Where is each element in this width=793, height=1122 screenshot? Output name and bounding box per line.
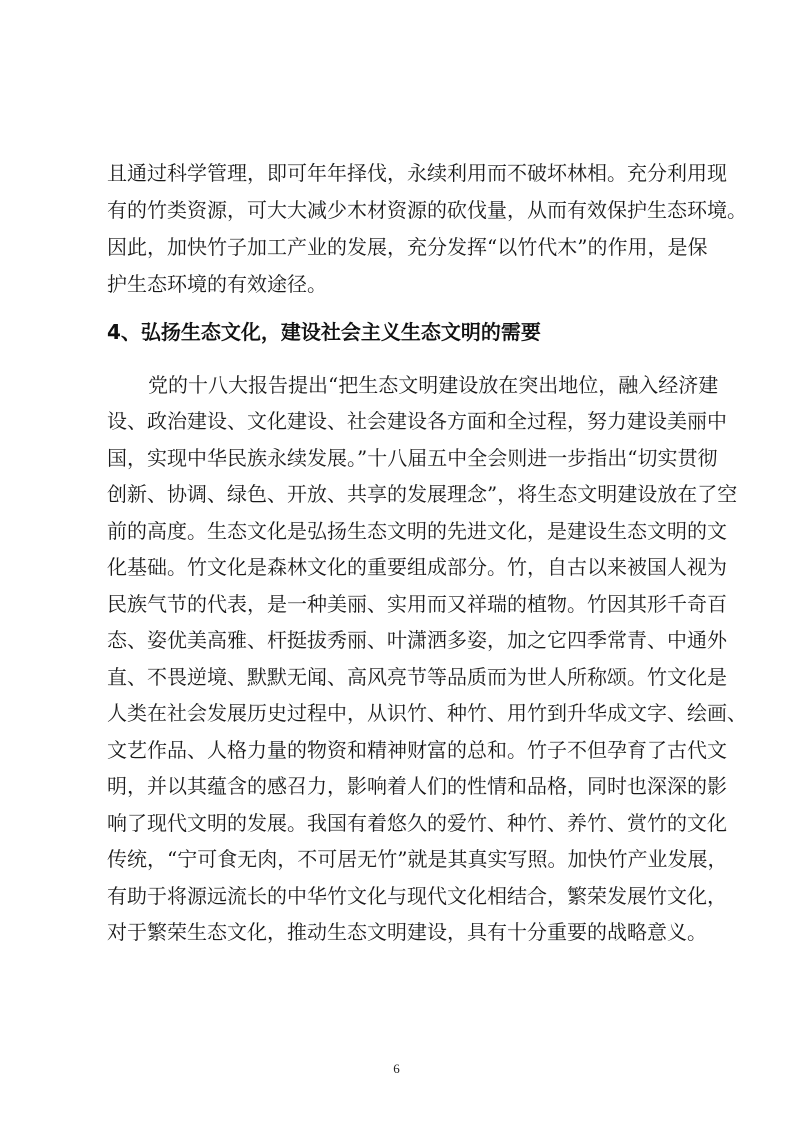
text-line: 对于繁荣生态文化，推动生态文明建设，具有十分重要的战略意义。 xyxy=(107,920,693,944)
text-line: 态、姿优美高雅、杆挺拔秀丽、叶潇洒多姿，加之它四季常青、中通外 xyxy=(107,628,693,652)
text-line: 国，实现中华民族永续发展。”十八届五中全会则进一步指出“切实贯彻 xyxy=(107,446,693,470)
text-line: 直、不畏逆境、默默无闻、高风亮节等品质而为世人所称颂。竹文化是 xyxy=(107,665,693,689)
text-line: 文艺作品、人格力量的物资和精神财富的总和。竹子不但孕育了古代文 xyxy=(107,738,693,762)
text-line: 传统，“宁可食无肉，不可居无竹”就是其真实写照。加快竹产业发展， xyxy=(107,847,693,871)
text-line: 有助于将源远流长的中华竹文化与现代文化相结合，繁荣发展竹文化， xyxy=(107,884,693,908)
text-line: 前的高度。生态文化是弘扬生态文明的先进文化，是建设生态文明的文 xyxy=(107,519,693,543)
text-line: 响了现代文明的发展。我国有着悠久的爱竹、种竹、养竹、赏竹的文化 xyxy=(107,811,693,835)
text-line: 护生态环境的有效途径。 xyxy=(107,272,693,296)
text-line: 因此，加快竹子加工产业的发展，充分发挥“以竹代木”的作用，是保 xyxy=(107,235,693,259)
text-line: 设、政治建设、文化建设、社会建设各方面和全过程，努力建设美丽中 xyxy=(107,409,693,433)
text-line: 有的竹类资源，可大大减少木材资源的砍伐量，从而有效保护生态环境。 xyxy=(107,198,693,222)
text-line: 人类在社会发展历史过程中，从识竹、种竹、用竹到升华成文字、绘画、 xyxy=(107,701,693,725)
document-page: 且通过科学管理，即可年年择伐，永续利用而不破坏林相。充分利用现 有的竹类资源，可… xyxy=(0,0,793,1122)
text-line: 民族气节的代表，是一种美丽、实用而又祥瑞的植物。竹因其形千奇百 xyxy=(107,592,693,616)
text-line: 明，并以其蕴含的感召力，影响着人们的性情和品格，同时也深深的影 xyxy=(107,774,693,798)
section-heading: 4、弘扬生态文化，建设社会主义生态文明的需要 xyxy=(107,320,541,344)
text-line: 化基础。竹文化是森林文化的重要组成部分。竹，自古以来被国人视为 xyxy=(107,555,693,579)
page-number: 6 xyxy=(0,1061,793,1077)
text-line: 且通过科学管理，即可年年择伐，永续利用而不破坏林相。充分利用现 xyxy=(107,161,693,185)
text-line: 党的十八大报告提出“把生态文明建设放在突出地位，融入经济建 xyxy=(148,373,693,397)
text-line: 创新、协调、绿色、开放、共享的发展理念”，将生态文明建设放在了空 xyxy=(107,482,693,506)
